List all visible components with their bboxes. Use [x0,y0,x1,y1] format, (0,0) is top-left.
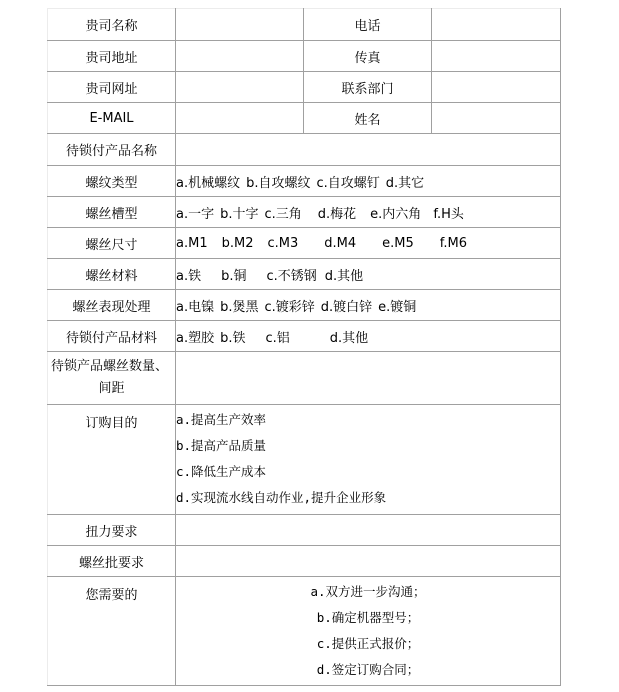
label-screw-material: 螺丝材料 [48,259,176,290]
label-fax: 传真 [304,41,432,72]
label-email: E-MAIL [48,103,176,134]
field-screwdriver[interactable] [176,546,561,577]
label-phone: 电话 [304,9,432,41]
row-company-website: 贵司网址 联系部门 [48,72,561,103]
purchase-purpose-list: a.提高生产效率 b.提高产品质量 c.降低生产成本 d.实现流水线自动作业,提… [176,405,561,515]
options-screw-material: a.铁b.铜c.不锈钢d.其他 [176,259,561,290]
purpose-item-c[interactable]: c.降低生产成本 [176,459,560,485]
row-company-address: 贵司地址 传真 [48,41,561,72]
option-size-a[interactable]: a.M1 [176,236,208,251]
option-slot-c[interactable]: c.三角 [265,203,302,222]
option-material-b[interactable]: b.铜 [221,265,246,284]
row-email: E-MAIL 姓名 [48,103,561,134]
options-screw-size: a.M1b.M2c.M3d.M4e.M5f.M6 [176,228,561,259]
option-thread-a[interactable]: a.机械螺纹 [176,172,240,191]
option-size-e[interactable]: e.M5 [382,236,414,251]
field-product-name[interactable] [176,134,561,166]
option-size-d[interactable]: d.M4 [324,236,356,251]
label-company-address: 贵司地址 [48,41,176,72]
label-screw-quantity-line2: 间距 [48,378,175,400]
option-surface-c[interactable]: c.镀彩锌 [265,296,315,315]
option-surface-e[interactable]: e.镀铜 [378,296,416,315]
options-slot-type: a.一字b.十字c.三角d.梅花e.内六角f.H头 [176,197,561,228]
option-prodmat-a[interactable]: a.塑胶 [176,327,214,346]
field-torque[interactable] [176,515,561,546]
option-slot-e[interactable]: e.内六角 [370,203,421,222]
option-surface-b[interactable]: b.煲黑 [220,296,258,315]
row-needs: 您需要的 a.双方进一步沟通； b.确定机器型号； c.提供正式报价； d.签定… [48,577,561,686]
row-screwdriver: 螺丝批要求 [48,546,561,577]
option-surface-a[interactable]: a.电镍 [176,296,214,315]
label-torque: 扭力要求 [48,515,176,546]
option-prodmat-b[interactable]: b.铁 [220,327,245,346]
row-thread-type: 螺纹类型 a.机械螺纹b.自攻螺纹c.自攻螺钉d.其它 [48,166,561,197]
needs-item-c[interactable]: c.提供正式报价； [176,631,560,657]
needs-list: a.双方进一步沟通； b.确定机器型号； c.提供正式报价； d.签定订购合同； [176,577,561,686]
option-size-c[interactable]: c.M3 [267,236,298,251]
option-thread-b[interactable]: b.自攻螺纹 [246,172,310,191]
field-name[interactable] [432,103,561,134]
label-screwdriver: 螺丝批要求 [48,546,176,577]
field-company-address[interactable] [176,41,304,72]
row-screw-size: 螺丝尺寸 a.M1b.M2c.M3d.M4e.M5f.M6 [48,228,561,259]
options-product-material: a.塑胶b.铁c.铝d.其他 [176,321,561,352]
option-material-a[interactable]: a.铁 [176,265,201,284]
label-product-name: 待锁付产品名称 [48,134,176,166]
field-company-website[interactable] [176,72,304,103]
label-screw-quantity: 待锁产品螺丝数量、 间距 [48,352,176,405]
option-material-c[interactable]: c.不锈钢 [267,265,317,284]
row-product-name: 待锁付产品名称 [48,134,561,166]
purpose-item-d[interactable]: d.实现流水线自动作业,提升企业形象 [176,485,560,511]
label-company-website: 贵司网址 [48,72,176,103]
option-slot-f[interactable]: f.H头 [433,203,464,222]
row-screw-material: 螺丝材料 a.铁b.铜c.不锈钢d.其他 [48,259,561,290]
label-needs: 您需要的 [48,577,176,686]
row-purchase-purpose: 订购目的 a.提高生产效率 b.提高产品质量 c.降低生产成本 d.实现流水线自… [48,405,561,515]
label-screw-quantity-line1: 待锁产品螺丝数量、 [44,356,175,378]
row-screw-quantity: 待锁产品螺丝数量、 间距 [48,352,561,405]
option-size-b[interactable]: b.M2 [222,236,254,251]
label-purchase-purpose: 订购目的 [48,405,176,515]
option-surface-d[interactable]: d.镀白锌 [321,296,372,315]
purpose-item-b[interactable]: b.提高产品质量 [176,433,560,459]
field-fax[interactable] [432,41,561,72]
row-product-material: 待锁付产品材料 a.塑胶b.铁c.铝d.其他 [48,321,561,352]
purpose-item-a[interactable]: a.提高生产效率 [176,407,560,433]
row-company-name: 贵司名称 电话 [48,9,561,41]
option-slot-d[interactable]: d.梅花 [318,203,356,222]
field-company-name[interactable] [176,9,304,41]
label-name: 姓名 [304,103,432,134]
option-slot-a[interactable]: a.一字 [176,203,214,222]
row-slot-type: 螺丝槽型 a.一字b.十字c.三角d.梅花e.内六角f.H头 [48,197,561,228]
option-slot-b[interactable]: b.十字 [220,203,258,222]
label-screw-size: 螺丝尺寸 [48,228,176,259]
label-thread-type: 螺纹类型 [48,166,176,197]
options-surface-treatment: a.电镍b.煲黑c.镀彩锌d.镀白锌e.镀铜 [176,290,561,321]
label-department: 联系部门 [304,72,432,103]
label-surface-treatment: 螺丝表现处理 [48,290,176,321]
label-product-material: 待锁付产品材料 [48,321,176,352]
option-prodmat-c[interactable]: c.铝 [266,327,290,346]
inquiry-form-table: 贵司名称 电话 贵司地址 传真 贵司网址 联系部门 E-MAIL 姓名 待锁付产… [47,8,561,686]
field-screw-quantity[interactable] [176,352,561,405]
options-thread-type: a.机械螺纹b.自攻螺纹c.自攻螺钉d.其它 [176,166,561,197]
option-material-d[interactable]: d.其他 [325,265,363,284]
row-surface-treatment: 螺丝表现处理 a.电镍b.煲黑c.镀彩锌d.镀白锌e.镀铜 [48,290,561,321]
field-phone[interactable] [432,9,561,41]
option-thread-c[interactable]: c.自攻螺钉 [317,172,380,191]
option-prodmat-d[interactable]: d.其他 [330,327,368,346]
option-size-f[interactable]: f.M6 [440,236,467,251]
needs-item-a[interactable]: a.双方进一步沟通； [176,579,560,605]
label-company-name: 贵司名称 [48,9,176,41]
row-torque: 扭力要求 [48,515,561,546]
field-department[interactable] [432,72,561,103]
label-slot-type: 螺丝槽型 [48,197,176,228]
needs-item-d[interactable]: d.签定订购合同； [176,657,560,683]
option-thread-d[interactable]: d.其它 [386,172,424,191]
field-email[interactable] [176,103,304,134]
needs-item-b[interactable]: b.确定机器型号； [176,605,560,631]
